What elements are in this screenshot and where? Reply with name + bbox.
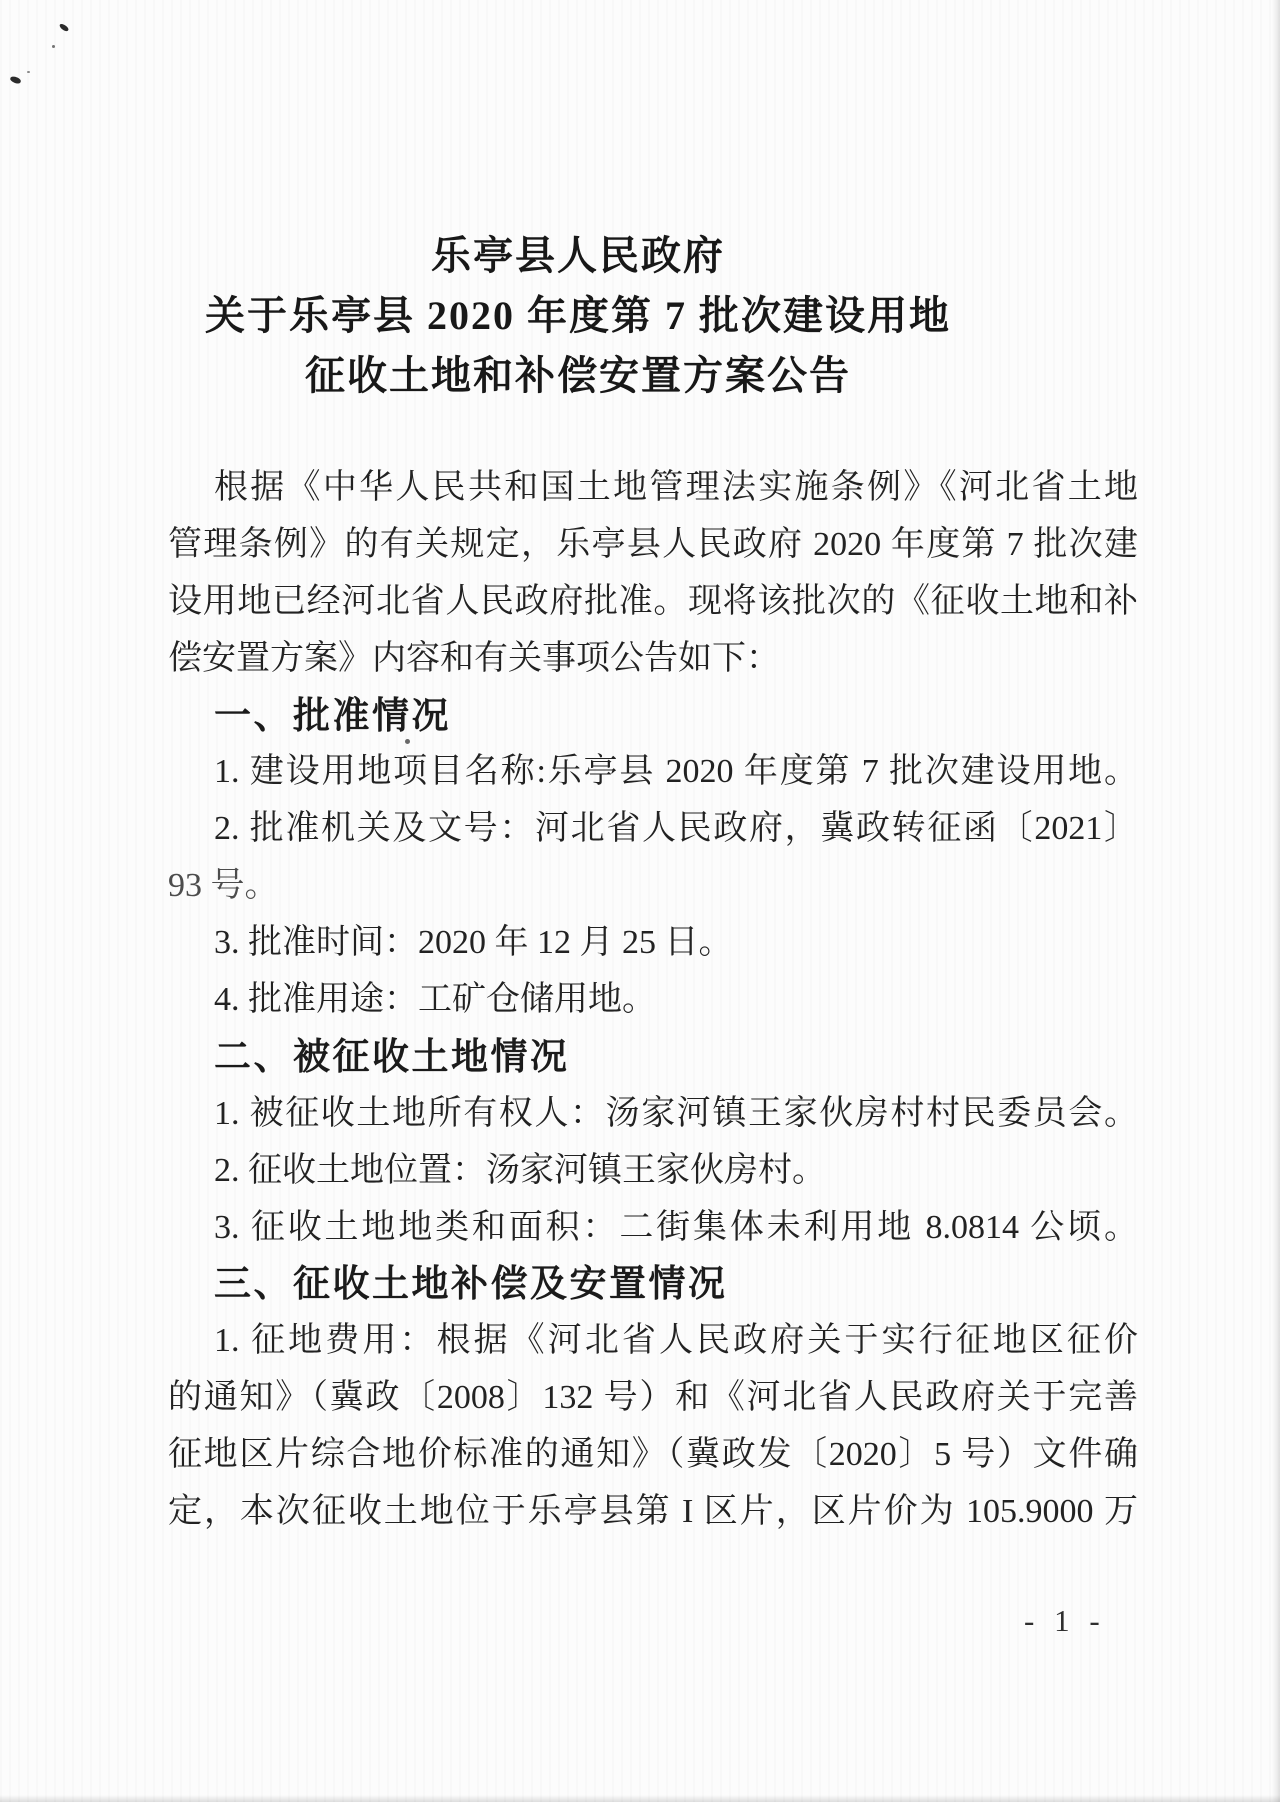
body-line-16: 1. 征地费用：根据《河北省人民政府关于实行征地区征价 <box>168 1313 1138 1370</box>
body-line-2: 管理条例》的有关规定，乐亭县人民政府 2020 年度第 7 批次建 <box>168 517 1138 574</box>
body-line-9: 3. 批准时间：2020 年 12 月 25 日。 <box>168 915 1138 972</box>
title-line-1: 乐亭县人民政府 <box>0 226 1156 286</box>
body-line-10: 4. 批准用途：工矿仓储用地。 <box>168 972 1138 1029</box>
body-line-8: 93 号。 <box>168 858 1138 915</box>
body-line-17: 的通知》（冀政〔2008〕132 号）和《河北省人民政府关于完善 <box>168 1370 1138 1427</box>
body-line-14: 3. 征收土地地类和面积：二街集体未利用地 8.0814 公顷。 <box>168 1200 1138 1257</box>
scan-edge-bottom <box>0 1795 1280 1802</box>
body-line-19: 定，本次征收土地位于乐亭县第 I 区片，区片价为 105.9000 万 <box>168 1484 1138 1541</box>
section-heading-3: 三、征收土地补偿及安置情况 <box>168 1256 1138 1313</box>
ink-speck <box>9 75 21 85</box>
page-number: - 1 - <box>1024 1603 1106 1639</box>
ink-speck <box>52 45 55 48</box>
body-line-18: 征地区片综合地价标准的通知》（冀政发〔2020〕5 号）文件确 <box>168 1427 1138 1484</box>
body-line-1: 根据《中华人民共和国土地管理法实施条例》《河北省土地 <box>168 460 1138 517</box>
document-page: 乐亭县人民政府 关于乐亭县 2020 年度第 7 批次建设用地 征收土地和补偿安… <box>0 0 1280 1802</box>
document-title: 乐亭县人民政府 关于乐亭县 2020 年度第 7 批次建设用地 征收土地和补偿安… <box>0 226 1156 406</box>
body-line-3: 设用地已经河北省人民政府批准。现将该批次的《征收土地和补 <box>168 574 1138 631</box>
section-heading-1: 一、批准情况 <box>168 688 1138 745</box>
title-line-3: 征收土地和补偿安置方案公告 <box>0 346 1156 406</box>
body-line-4: 偿安置方案》内容和有关事项公告如下： <box>168 631 1138 688</box>
title-line-2: 关于乐亭县 2020 年度第 7 批次建设用地 <box>0 286 1156 346</box>
section-heading-2: 二、被征收土地情况 <box>168 1029 1138 1086</box>
document-body: 根据《中华人民共和国土地管理法实施条例》《河北省土地 管理条例》的有关规定，乐亭… <box>168 460 1138 1541</box>
ink-speck <box>27 71 30 73</box>
scan-edge-right <box>1272 0 1280 1802</box>
ink-speck <box>59 22 70 32</box>
body-line-6: 1. 建设用地项目名称:乐亭县 2020 年度第 7 批次建设用地。 <box>168 744 1138 801</box>
body-line-13: 2. 征收土地位置：汤家河镇王家伙房村。 <box>168 1143 1138 1200</box>
body-line-7: 2. 批准机关及文号：河北省人民政府，冀政转征函〔2021〕 <box>168 801 1138 858</box>
body-line-12: 1. 被征收土地所有权人：汤家河镇王家伙房村村民委员会。 <box>168 1086 1138 1143</box>
